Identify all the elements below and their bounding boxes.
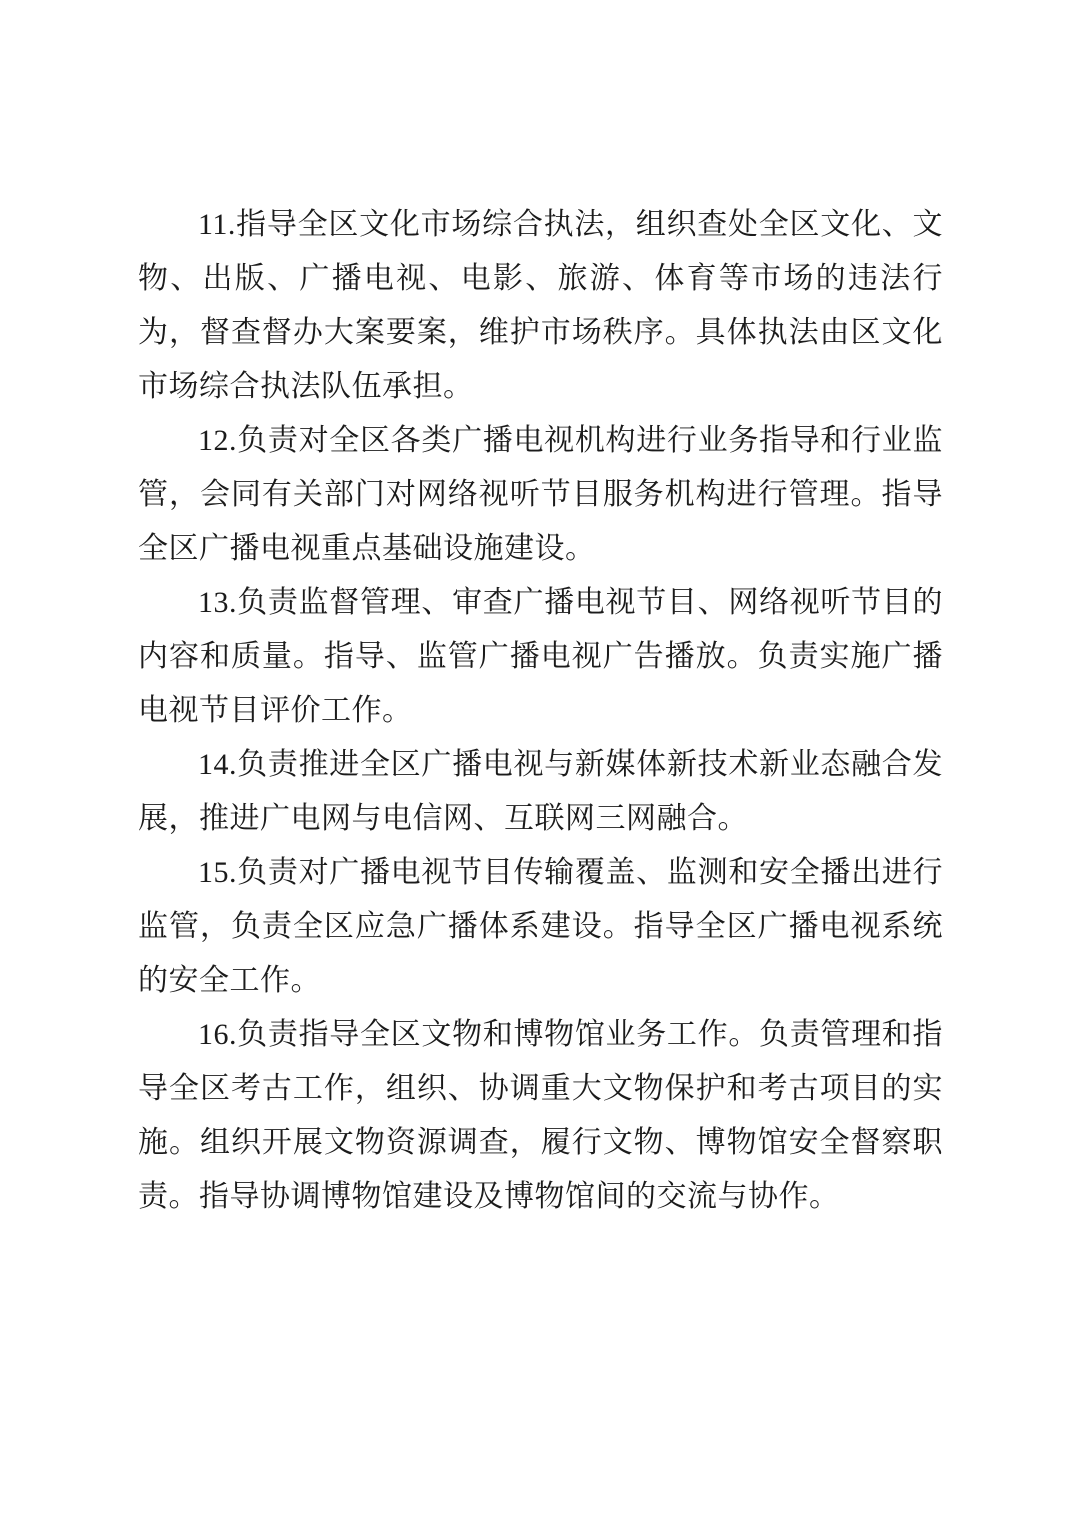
paragraph-item-15: 15.负责对广播电视节目传输覆盖、监测和安全播出进行监管，负责全区应急广播体系建…	[138, 846, 943, 1008]
document-page: 11.指导全区文化市场综合执法，组织查处全区文化、文物、出版、广播电视、电影、旅…	[0, 0, 1074, 1520]
document-body: 11.指导全区文化市场综合执法，组织查处全区文化、文物、出版、广播电视、电影、旅…	[138, 198, 943, 1224]
paragraph-item-16: 16.负责指导全区文物和博物馆业务工作。负责管理和指导全区考古工作，组织、协调重…	[138, 1008, 943, 1224]
paragraph-item-11: 11.指导全区文化市场综合执法，组织查处全区文化、文物、出版、广播电视、电影、旅…	[138, 198, 943, 414]
paragraph-item-14: 14.负责推进全区广播电视与新媒体新技术新业态融合发展，推进广电网与电信网、互联…	[138, 738, 943, 846]
paragraph-item-12: 12.负责对全区各类广播电视机构进行业务指导和行业监管，会同有关部门对网络视听节…	[138, 414, 943, 576]
paragraph-item-13: 13.负责监督管理、审查广播电视节目、网络视听节目的内容和质量。指导、监管广播电…	[138, 576, 943, 738]
